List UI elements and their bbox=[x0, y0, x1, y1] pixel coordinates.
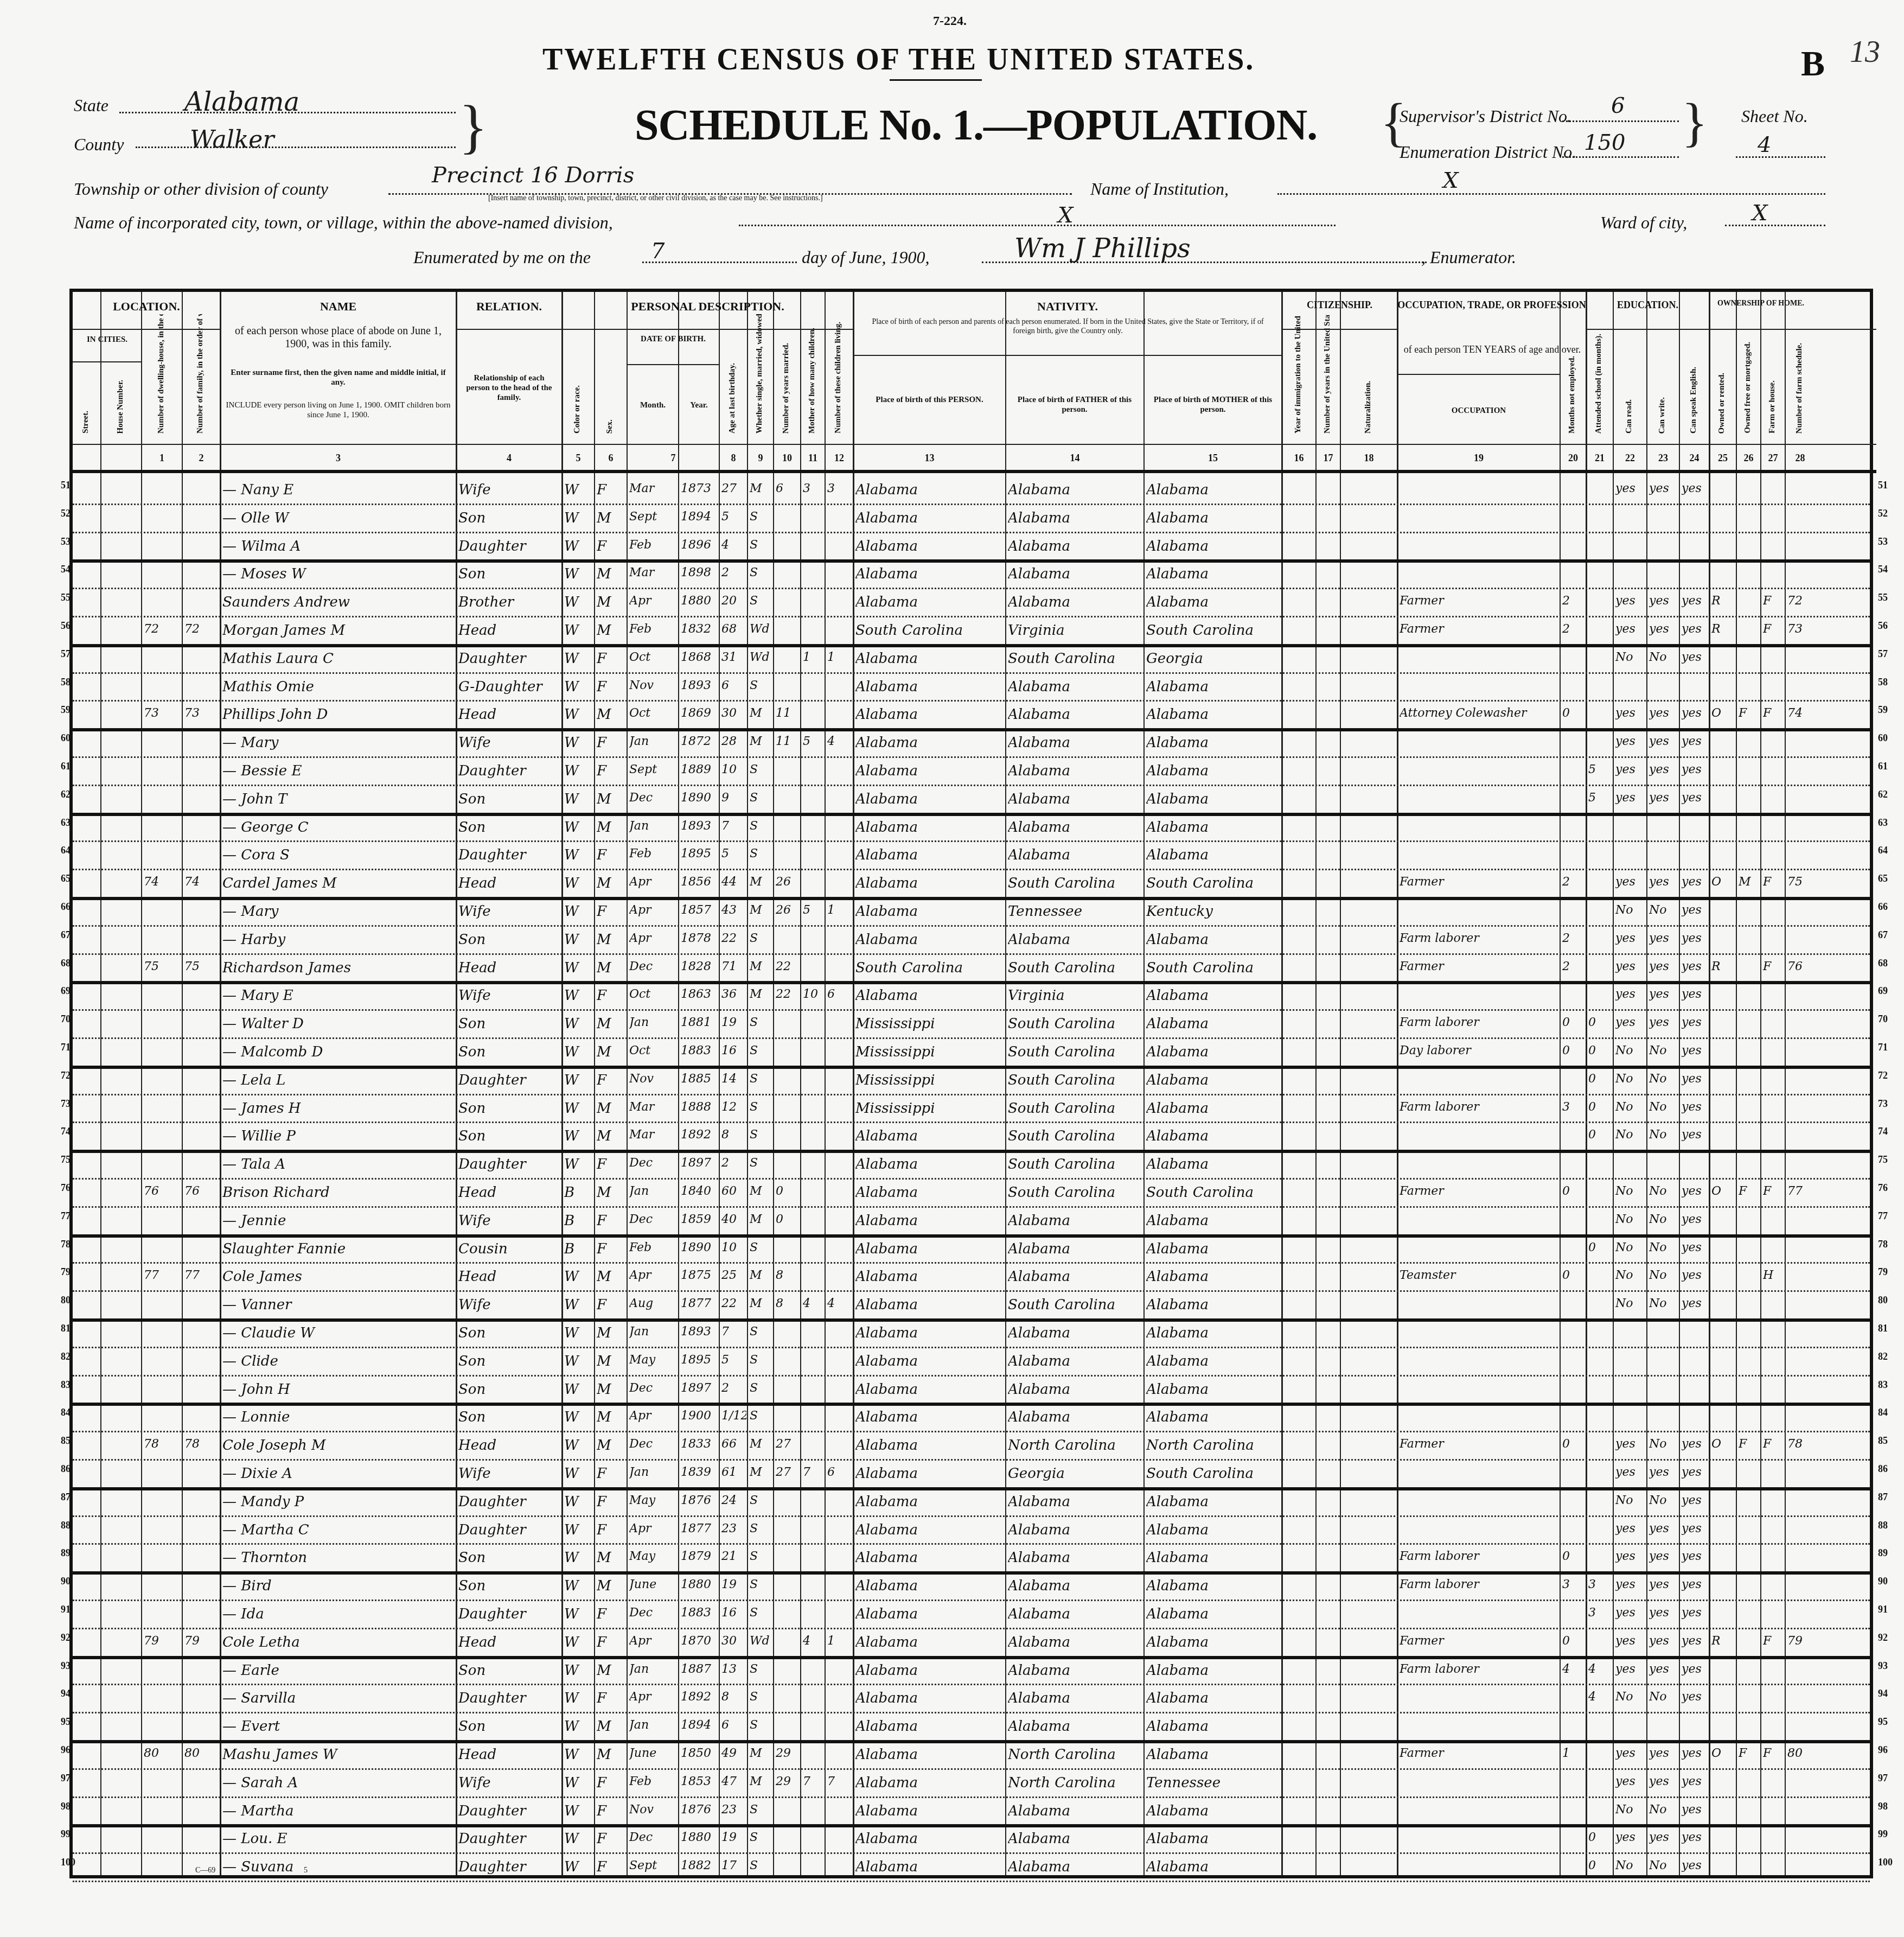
age: 40 bbox=[721, 1213, 746, 1226]
birthplace-father: South Carolina bbox=[1008, 1297, 1143, 1313]
relation: Daughter bbox=[458, 1494, 561, 1510]
can-read: yes bbox=[1615, 622, 1646, 636]
relation: Daughter bbox=[458, 538, 561, 555]
marital-status: S bbox=[750, 1803, 772, 1817]
occupation: Day laborer bbox=[1400, 1044, 1559, 1057]
person-name: Cole Letha bbox=[222, 1634, 455, 1651]
line-number-left: 58 bbox=[61, 677, 71, 688]
person-name: — Wilma A bbox=[222, 538, 455, 555]
farm-schedule-number: 79 bbox=[1787, 1634, 1814, 1648]
birthplace-father: Virginia bbox=[1008, 987, 1143, 1004]
can-read: yes bbox=[1615, 960, 1646, 973]
age: 23 bbox=[721, 1522, 746, 1535]
line-number-right: 80 bbox=[1878, 1295, 1888, 1306]
age: 60 bbox=[721, 1184, 746, 1198]
birth-year: 1880 bbox=[681, 1578, 718, 1591]
birth-year: 1895 bbox=[681, 1353, 718, 1367]
line-number-left: 70 bbox=[61, 1014, 71, 1025]
county-line bbox=[136, 146, 456, 148]
table-row: — EvertSonWMJan18946SAlabamaAlabamaAlaba… bbox=[73, 1712, 1870, 1740]
marital-status: M bbox=[750, 482, 772, 495]
line-number-left: 83 bbox=[61, 1379, 71, 1391]
age: 2 bbox=[721, 1381, 746, 1395]
birth-month: Jan bbox=[629, 1325, 678, 1339]
vertical-header-mother-of: Mother of how many children. bbox=[808, 328, 817, 434]
color-race: W bbox=[564, 538, 593, 555]
birth-year: 1877 bbox=[681, 1522, 718, 1535]
line-number-left: 76 bbox=[61, 1182, 71, 1194]
color-race: W bbox=[564, 791, 593, 807]
table-row: 7272Morgan James MHeadWMFeb183268WdSouth… bbox=[73, 616, 1870, 644]
speak-english: yes bbox=[1682, 594, 1708, 608]
population-table: LOCATION.IN CITIES.NAMEof each person wh… bbox=[69, 289, 1873, 1878]
age: 16 bbox=[721, 1044, 746, 1057]
header-name: NAME bbox=[220, 300, 456, 314]
sex: F bbox=[597, 903, 626, 920]
mother-of-children: 3 bbox=[803, 482, 824, 495]
relation: Head bbox=[458, 1437, 561, 1454]
can-write: No bbox=[1649, 1690, 1678, 1704]
column-number: 8 bbox=[719, 453, 747, 464]
line-number-left: 89 bbox=[61, 1547, 71, 1559]
vertical-header-attended-school: Attended school (in months). bbox=[1594, 334, 1603, 434]
line-number-right: 83 bbox=[1878, 1379, 1888, 1391]
birth-year: 1890 bbox=[681, 1241, 718, 1254]
birth-year: 1832 bbox=[681, 622, 718, 636]
birthplace-father: South Carolina bbox=[1008, 651, 1143, 667]
column-number: 18 bbox=[1340, 453, 1397, 464]
column-number: 16 bbox=[1282, 453, 1316, 464]
sex: F bbox=[597, 735, 626, 751]
birthplace-mother: Alabama bbox=[1146, 1353, 1281, 1369]
farm-schedule-number: 74 bbox=[1787, 706, 1814, 720]
line-number-left: 98 bbox=[61, 1801, 71, 1812]
line-number-right: 97 bbox=[1878, 1773, 1888, 1784]
color-race: W bbox=[564, 1016, 593, 1032]
line-number-left: 84 bbox=[61, 1407, 71, 1418]
line-number-left: 61 bbox=[61, 761, 71, 772]
speak-english: yes bbox=[1682, 791, 1708, 805]
birthplace-father: Alabama bbox=[1008, 1662, 1143, 1679]
age: 43 bbox=[721, 903, 746, 917]
table-row: — VannerWifeWFAug187722M844AlabamaSouth … bbox=[73, 1290, 1870, 1318]
column-number: 4 bbox=[456, 453, 562, 464]
birth-month: June bbox=[629, 1578, 678, 1591]
birth-month: Sept bbox=[629, 763, 678, 776]
speak-english: yes bbox=[1682, 932, 1708, 945]
occupation: Farm laborer bbox=[1400, 932, 1559, 945]
birthplace-father: South Carolina bbox=[1008, 1044, 1143, 1060]
line-number-left: 93 bbox=[61, 1660, 71, 1672]
person-name: — Thornton bbox=[222, 1550, 455, 1566]
birthplace-father: South Carolina bbox=[1008, 875, 1143, 891]
birthplace-father: North Carolina bbox=[1008, 1747, 1143, 1763]
marital-status: M bbox=[750, 1775, 772, 1788]
sex: M bbox=[597, 1409, 626, 1425]
marital-status: S bbox=[750, 763, 772, 776]
can-read: yes bbox=[1615, 1522, 1646, 1535]
table-row: Mathis OmieG-DaughterWFNov18936SAlabamaA… bbox=[73, 672, 1870, 700]
birth-month: Oct bbox=[629, 706, 678, 720]
age: 17 bbox=[721, 1859, 746, 1872]
can-write: yes bbox=[1649, 960, 1678, 973]
attended-school: 4 bbox=[1588, 1662, 1612, 1676]
attended-school: 4 bbox=[1588, 1690, 1612, 1704]
column-number: 7 bbox=[627, 453, 719, 464]
owned-rented: O bbox=[1711, 1184, 1735, 1198]
line-number-left: 73 bbox=[61, 1098, 71, 1110]
birth-month: Apr bbox=[629, 1634, 678, 1648]
marital-status: S bbox=[750, 1522, 772, 1535]
birthplace-father: Alabama bbox=[1008, 1606, 1143, 1622]
relation: Wife bbox=[458, 482, 561, 498]
birth-month: Jan bbox=[629, 1016, 678, 1029]
relation: Wife bbox=[458, 1466, 561, 1482]
speak-english: yes bbox=[1682, 1016, 1708, 1029]
relation: Son bbox=[458, 1662, 561, 1679]
birthplace-person: Alabama bbox=[855, 1437, 1005, 1454]
column-number: 22 bbox=[1613, 453, 1647, 464]
relation: Wife bbox=[458, 987, 561, 1004]
children-living: 1 bbox=[827, 1634, 852, 1648]
rule-line bbox=[73, 444, 1876, 445]
person-name: — Dixie A bbox=[222, 1466, 455, 1482]
birth-month: Aug bbox=[629, 1297, 678, 1310]
speak-english: yes bbox=[1682, 875, 1708, 889]
speak-english: yes bbox=[1682, 1634, 1708, 1648]
line-number-right: 64 bbox=[1878, 845, 1888, 856]
occupation: Farmer bbox=[1400, 594, 1559, 608]
birthplace-father: South Carolina bbox=[1008, 1100, 1143, 1117]
birthplace-father: Alabama bbox=[1008, 1522, 1143, 1538]
birth-year: 1894 bbox=[681, 510, 718, 524]
birth-year: 1885 bbox=[681, 1072, 718, 1086]
birthplace-person: Alabama bbox=[855, 763, 1005, 779]
birthplace-person: South Carolina bbox=[855, 960, 1005, 976]
birthplace-mother: Alabama bbox=[1146, 1381, 1281, 1398]
column-number: 24 bbox=[1679, 453, 1709, 464]
vertical-header-years-married: Number of years married. bbox=[782, 343, 791, 434]
birth-year: 1893 bbox=[681, 819, 718, 833]
marital-status: M bbox=[750, 1466, 772, 1479]
sex: F bbox=[597, 1831, 626, 1847]
children-living: 6 bbox=[827, 1466, 852, 1479]
birth-year: 1896 bbox=[681, 538, 718, 552]
age: 7 bbox=[721, 819, 746, 833]
line-number-left: 75 bbox=[61, 1154, 71, 1165]
birth-year: 1880 bbox=[681, 594, 718, 608]
birthplace-person: Alabama bbox=[855, 651, 1005, 667]
birthplace-person: Alabama bbox=[855, 1156, 1005, 1173]
birthplace-person: Alabama bbox=[855, 1213, 1005, 1229]
marital-status: S bbox=[750, 1718, 772, 1732]
sex: F bbox=[597, 847, 626, 863]
line-number-right: 53 bbox=[1878, 536, 1888, 547]
can-write: yes bbox=[1649, 622, 1678, 636]
column-number: 17 bbox=[1316, 453, 1340, 464]
birth-year: 1875 bbox=[681, 1269, 718, 1282]
speak-english: yes bbox=[1682, 1775, 1708, 1788]
rule-line bbox=[73, 361, 142, 362]
marital-status: M bbox=[750, 875, 772, 889]
marital-status: S bbox=[750, 594, 772, 608]
header-birth-mother: Place of birth of MOTHER of this person. bbox=[1148, 395, 1278, 415]
speak-english: yes bbox=[1682, 1522, 1708, 1535]
attended-school: 5 bbox=[1588, 791, 1612, 805]
birth-year: 1876 bbox=[681, 1494, 718, 1507]
can-write: No bbox=[1649, 1494, 1678, 1507]
birth-month: Mar bbox=[629, 1128, 678, 1142]
line-number-right: 82 bbox=[1878, 1351, 1888, 1362]
birth-month: May bbox=[629, 1494, 678, 1507]
birth-month: Dec bbox=[629, 1606, 678, 1620]
birth-year: 1840 bbox=[681, 1184, 718, 1198]
birthplace-person: Alabama bbox=[855, 791, 1005, 807]
marital-status: S bbox=[750, 566, 772, 579]
can-read: No bbox=[1615, 1690, 1646, 1704]
age: 25 bbox=[721, 1269, 746, 1282]
dwelling-number: 73 bbox=[144, 706, 181, 720]
can-read: No bbox=[1615, 1269, 1646, 1282]
sex: F bbox=[597, 1690, 626, 1706]
birthplace-mother: Georgia bbox=[1146, 651, 1281, 667]
birth-month: Apr bbox=[629, 1522, 678, 1535]
attended-school: 3 bbox=[1588, 1606, 1612, 1620]
birthplace-mother: Alabama bbox=[1146, 1213, 1281, 1229]
family-number: 76 bbox=[184, 1184, 219, 1198]
line-number-right: 94 bbox=[1878, 1688, 1888, 1699]
age: 14 bbox=[721, 1072, 746, 1086]
marital-status: S bbox=[750, 1662, 772, 1676]
line-number-left: 92 bbox=[61, 1632, 71, 1643]
birthplace-father: Alabama bbox=[1008, 791, 1143, 807]
dwelling-number: 79 bbox=[144, 1634, 181, 1648]
birth-year: 1833 bbox=[681, 1437, 718, 1451]
birth-month: Feb bbox=[629, 847, 678, 861]
line-number-right: 70 bbox=[1878, 1014, 1888, 1025]
birthplace-mother: Alabama bbox=[1146, 819, 1281, 836]
can-read: No bbox=[1615, 1072, 1646, 1086]
person-name: — Malcomb D bbox=[222, 1044, 455, 1060]
relation: Daughter bbox=[458, 651, 561, 667]
can-read: No bbox=[1615, 1100, 1646, 1114]
can-read: No bbox=[1615, 903, 1646, 917]
birthplace-mother: Alabama bbox=[1146, 1550, 1281, 1566]
family-number: 72 bbox=[184, 622, 219, 636]
line-number-right: 79 bbox=[1878, 1266, 1888, 1278]
line-number-right: 51 bbox=[1878, 480, 1888, 491]
birth-month: Jan bbox=[629, 1718, 678, 1732]
line-number-left: 56 bbox=[61, 620, 71, 632]
farm-schedule-number: 73 bbox=[1787, 622, 1814, 636]
birthplace-person: Alabama bbox=[855, 1297, 1005, 1313]
years-married: 29 bbox=[776, 1747, 800, 1760]
marital-status: S bbox=[750, 1550, 772, 1563]
can-read: yes bbox=[1615, 1662, 1646, 1676]
person-name: — Olle W bbox=[222, 510, 455, 526]
age: 47 bbox=[721, 1775, 746, 1788]
speak-english: yes bbox=[1682, 1550, 1708, 1563]
color-race: W bbox=[564, 1269, 593, 1285]
sex: F bbox=[597, 651, 626, 667]
birthplace-father: Alabama bbox=[1008, 1550, 1143, 1566]
table-row: — MarthaDaughterWFNov187623SAlabamaAlaba… bbox=[73, 1796, 1870, 1825]
rule-line bbox=[1709, 329, 1876, 330]
table-row: — Dixie AWifeWFJan183961M2776AlabamaGeor… bbox=[73, 1459, 1870, 1487]
months-unemployed: 0 bbox=[1562, 1184, 1585, 1198]
relation: Head bbox=[458, 1184, 561, 1201]
table-row: Slaughter FannieCousinBFFeb189010SAlabam… bbox=[73, 1234, 1870, 1263]
age: 12 bbox=[721, 1100, 746, 1114]
speak-english: yes bbox=[1682, 482, 1708, 495]
family-number: 80 bbox=[184, 1747, 219, 1760]
birthplace-mother: Alabama bbox=[1146, 1072, 1281, 1088]
can-write: No bbox=[1649, 1184, 1678, 1198]
birthplace-person: Alabama bbox=[855, 1859, 1005, 1875]
vertical-header-color: Color or race. bbox=[573, 385, 582, 434]
person-name: Richardson James bbox=[222, 960, 455, 976]
color-race: W bbox=[564, 1128, 593, 1144]
marital-status: Wd bbox=[750, 1634, 772, 1648]
supervisor-line bbox=[1562, 120, 1679, 122]
line-number-right: 85 bbox=[1878, 1435, 1888, 1447]
speak-english: yes bbox=[1682, 706, 1708, 720]
birthplace-father: Alabama bbox=[1008, 1634, 1143, 1651]
color-race: W bbox=[564, 651, 593, 667]
line-number-right: 69 bbox=[1878, 985, 1888, 997]
birthplace-father: Alabama bbox=[1008, 1241, 1143, 1257]
dwelling-number: 75 bbox=[144, 960, 181, 973]
line-number-right: 93 bbox=[1878, 1660, 1888, 1672]
age: 2 bbox=[721, 566, 746, 579]
can-read: yes bbox=[1615, 763, 1646, 776]
birth-year: 1880 bbox=[681, 1831, 718, 1844]
birth-year: 1873 bbox=[681, 482, 718, 495]
marital-status: S bbox=[750, 791, 772, 805]
person-name: — Suvana bbox=[222, 1859, 455, 1875]
speak-english: yes bbox=[1682, 1297, 1708, 1310]
relation: Daughter bbox=[458, 1522, 561, 1538]
family-number: 75 bbox=[184, 960, 219, 973]
birthplace-person: Alabama bbox=[855, 1690, 1005, 1706]
table-row: — EarleSonWMJan188713SAlabamaAlabamaAlab… bbox=[73, 1656, 1870, 1684]
sex: M bbox=[597, 1718, 626, 1735]
form-number: 7-224. bbox=[933, 14, 967, 29]
can-read: yes bbox=[1615, 1606, 1646, 1620]
age: 22 bbox=[721, 932, 746, 945]
can-write: yes bbox=[1649, 932, 1678, 945]
birthplace-father: Alabama bbox=[1008, 1353, 1143, 1369]
sex: M bbox=[597, 960, 626, 976]
age: 21 bbox=[721, 1550, 746, 1563]
city-line bbox=[739, 225, 1336, 226]
relation: Son bbox=[458, 510, 561, 526]
line-number-right: 72 bbox=[1878, 1070, 1888, 1081]
birth-year: 1863 bbox=[681, 987, 718, 1001]
enumerated-day: 7 bbox=[651, 239, 665, 264]
table-row: — MaryWifeWFJan187228M1154AlabamaAlabama… bbox=[73, 728, 1870, 756]
line-number-right: 73 bbox=[1878, 1098, 1888, 1110]
sex: F bbox=[597, 482, 626, 498]
person-name: — Sarah A bbox=[222, 1775, 455, 1791]
occupation: Farmer bbox=[1400, 1634, 1559, 1648]
birthplace-person: Alabama bbox=[855, 1128, 1005, 1144]
color-race: W bbox=[564, 1522, 593, 1538]
can-write: No bbox=[1649, 1803, 1678, 1817]
line-number-right: 57 bbox=[1878, 648, 1888, 660]
color-race: W bbox=[564, 679, 593, 695]
can-write: No bbox=[1649, 903, 1678, 917]
speak-english: yes bbox=[1682, 1044, 1708, 1057]
speak-english: yes bbox=[1682, 1072, 1708, 1086]
census-title: TWELFTH CENSUS OF THE UNITED STATES. bbox=[542, 42, 1255, 77]
rule-line bbox=[1397, 374, 1560, 375]
color-race: B bbox=[564, 1241, 593, 1257]
birthplace-person: Alabama bbox=[855, 679, 1005, 695]
birthplace-mother: Alabama bbox=[1146, 1831, 1281, 1847]
marital-status: M bbox=[750, 1437, 772, 1451]
birth-year: 1853 bbox=[681, 1775, 718, 1788]
line-number-left: 71 bbox=[61, 1042, 71, 1053]
children-living: 1 bbox=[827, 651, 852, 664]
brace-left: } bbox=[459, 97, 488, 156]
relation: Son bbox=[458, 1044, 561, 1060]
years-married: 8 bbox=[776, 1297, 800, 1310]
line-number-left: 86 bbox=[61, 1463, 71, 1475]
vertical-header-speak-english: Can speak English. bbox=[1689, 367, 1698, 434]
occupation: Farm laborer bbox=[1400, 1016, 1559, 1029]
color-race: W bbox=[564, 960, 593, 976]
column-number: 9 bbox=[747, 453, 774, 464]
person-name: — Ida bbox=[222, 1606, 455, 1622]
can-read: No bbox=[1615, 1494, 1646, 1507]
birthplace-mother: Alabama bbox=[1146, 1128, 1281, 1144]
birthplace-father: North Carolina bbox=[1008, 1775, 1143, 1791]
header-dob: DATE OF BIRTH. bbox=[627, 334, 719, 344]
relation: Daughter bbox=[458, 1072, 561, 1088]
header-occupation-sub: OCCUPATION bbox=[1397, 406, 1560, 416]
sex: F bbox=[597, 1494, 626, 1510]
relation: Wife bbox=[458, 1775, 561, 1791]
vertical-header-months-unemployed: Months not employed. bbox=[1568, 356, 1577, 434]
table-row: — Lou. EDaughterWFDec188019SAlabamaAlaba… bbox=[73, 1824, 1870, 1852]
marital-status: S bbox=[750, 932, 772, 945]
color-race: W bbox=[564, 932, 593, 948]
state-label: State bbox=[74, 95, 108, 116]
birth-year: 1895 bbox=[681, 847, 718, 861]
birthplace-person: Alabama bbox=[855, 1325, 1005, 1341]
person-name: — George C bbox=[222, 819, 455, 836]
birth-month: Mar bbox=[629, 1100, 678, 1114]
table-row: — IdaDaughterWFDec188316SAlabamaAlabamaA… bbox=[73, 1600, 1870, 1628]
person-name: — Tala A bbox=[222, 1156, 455, 1173]
sex: M bbox=[597, 1044, 626, 1060]
relation: Daughter bbox=[458, 1606, 561, 1622]
relation: Son bbox=[458, 1353, 561, 1369]
person-name: Mathis Omie bbox=[222, 679, 455, 695]
months-unemployed: 2 bbox=[1562, 960, 1585, 973]
rule-line bbox=[627, 364, 719, 365]
birthplace-father: Alabama bbox=[1008, 510, 1143, 526]
color-race: W bbox=[564, 1437, 593, 1454]
marital-status: Wd bbox=[750, 651, 772, 664]
age: 27 bbox=[721, 482, 746, 495]
line-number-left: 68 bbox=[61, 958, 71, 969]
table-row: 7373Phillips John DHeadWMOct186930M11Ala… bbox=[73, 700, 1870, 728]
age: 19 bbox=[721, 1578, 746, 1591]
relation: Head bbox=[458, 875, 561, 891]
can-write: yes bbox=[1649, 1550, 1678, 1563]
